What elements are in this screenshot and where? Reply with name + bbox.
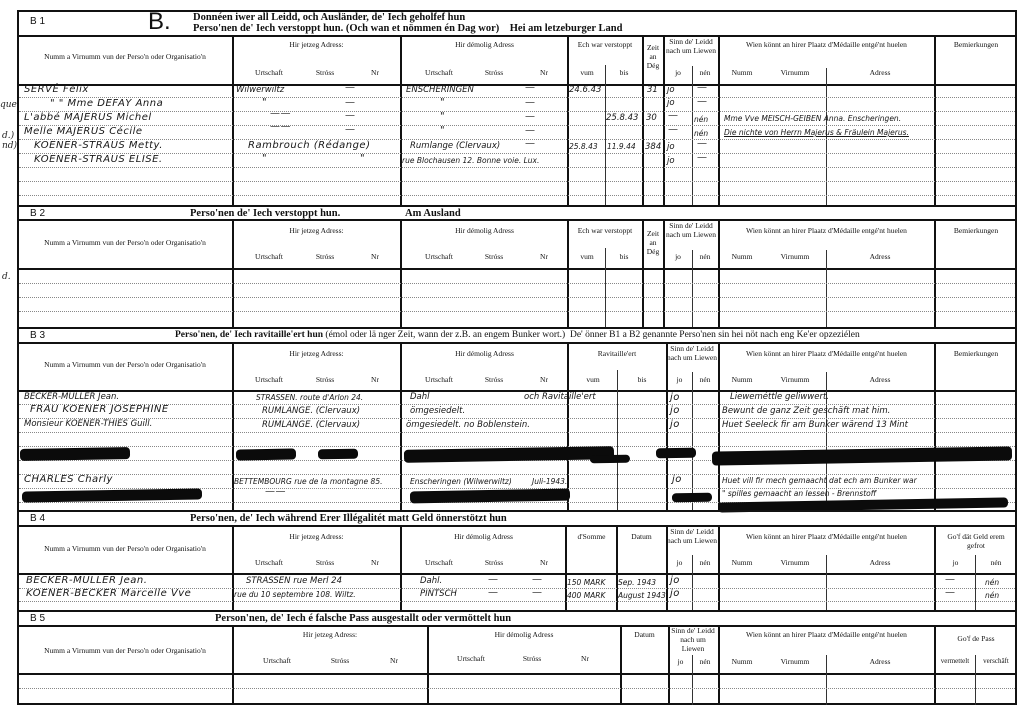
entry-days: 384 xyxy=(645,142,661,152)
section-id-b5: B 5 xyxy=(30,613,45,624)
redaction-mark xyxy=(20,447,130,461)
header-pass-mediated: vermettelt xyxy=(935,657,975,666)
header-no: nén xyxy=(693,657,717,666)
header-money-asked: Go'f dät Geld erem gefrot xyxy=(940,532,1012,550)
header-number: Nr xyxy=(355,252,395,261)
entry-former-number: — xyxy=(532,587,543,598)
entry-current-locality: —— xyxy=(270,121,291,132)
entry-sum: 150 MARK xyxy=(567,578,605,587)
divider xyxy=(17,35,1017,37)
divider xyxy=(17,84,1017,86)
header-street: Stróss xyxy=(305,68,345,77)
header-current-address: Hir jetzeg Adress: xyxy=(234,532,399,541)
entry-name: KOENER-STRAUS Metty. xyxy=(34,140,163,151)
header-number: Nr xyxy=(355,375,395,384)
entry-alive-no: — xyxy=(697,152,708,163)
margin-note: d. xyxy=(2,272,11,282)
entry-current-street: — xyxy=(345,97,356,108)
header-locality: Urtschaft xyxy=(414,68,464,77)
entry-medal-note: " spilles gemaacht an Iessen - Brennstof… xyxy=(722,489,876,498)
margin-note: nd) xyxy=(2,141,17,151)
entry-former-locality: " xyxy=(440,97,445,108)
entry-alive-yes: jo xyxy=(670,588,680,599)
header-yes: jo xyxy=(667,558,692,567)
row-line xyxy=(19,125,1015,126)
header-medal: Wien könnt an hirer Plaatz d'Médaille en… xyxy=(720,630,933,639)
entry-former-locality: rue Blochausen 12. Bonne voie. Lux. xyxy=(402,156,539,165)
divider xyxy=(17,573,1017,575)
section-title-b3-text: Perso'nen, de' Iech ravitaille'ert hun xyxy=(175,330,323,340)
header-yes: jo xyxy=(665,252,691,261)
header-from: vum xyxy=(569,375,617,384)
row-line xyxy=(19,283,1015,284)
entry-name: BECKER-MULLER Jean. xyxy=(24,392,119,402)
header-medal-address: Adress xyxy=(828,68,932,77)
redaction-mark xyxy=(656,448,696,459)
entry-current-address: STRASSEN. route d'Arlon 24. xyxy=(256,393,363,402)
divider xyxy=(17,219,1017,221)
section-title-b1-text: Perso'nen de' Iech verstoppt hun. (Och w… xyxy=(193,23,499,34)
entry-alive-no: nén xyxy=(694,129,708,138)
entry-alive-yes: jo xyxy=(670,419,680,430)
row-line xyxy=(19,97,1015,98)
header-medal-firstname: Virnumm xyxy=(770,657,820,666)
row-line xyxy=(19,297,1015,298)
header-no: nén xyxy=(693,375,717,384)
section-title-b4: Perso'nen, de' Iech während Erer Illégal… xyxy=(190,513,507,524)
col-divider xyxy=(692,372,693,510)
entry-former-locality: ENSCHERINGEN xyxy=(406,85,474,95)
header-name: Numm a Virnumm vun der Perso'n oder Orga… xyxy=(20,646,230,655)
entry-date: Sep. 1943 xyxy=(618,578,656,587)
divider xyxy=(17,510,1017,512)
row-line xyxy=(19,601,1015,602)
header-locality: Urtschaft xyxy=(244,375,294,384)
divider xyxy=(17,342,1017,344)
entry-alive-yes: jo xyxy=(670,392,680,403)
header-name: Numm a Virnumm vun der Perso'n oder Orga… xyxy=(20,238,230,247)
entry-former-locality: Rumlange (Clervaux) xyxy=(410,141,500,151)
header-number: Nr xyxy=(524,558,564,567)
margin-note: que xyxy=(0,100,17,110)
header-former-address: Hir démolig Adress xyxy=(402,40,567,49)
col-divider xyxy=(567,35,569,205)
entry-name: CHARLES Charly xyxy=(24,474,113,485)
section-region-b2: Am Ausland xyxy=(405,208,461,219)
header-pass-issued: verschâft xyxy=(976,657,1016,666)
header-from: vum xyxy=(569,252,605,261)
entry-alive-yes: jo xyxy=(667,85,675,95)
header-former-address: Hir démolig Adress xyxy=(402,532,565,541)
header-street: Stróss xyxy=(305,558,345,567)
header-medal-firstname: Virnumm xyxy=(770,558,820,567)
entry-name: Monsieur KOENER-THIES Guill. xyxy=(24,419,152,429)
entry-name: SERVÉ Felix xyxy=(24,84,89,95)
entry-former-street: — xyxy=(525,125,536,136)
header-name: Numm a Virnumm vun der Perso'n oder Orga… xyxy=(20,544,230,553)
col-divider xyxy=(605,65,606,205)
entry-medal-note: Huet vill fir mech gemaacht dat ech am B… xyxy=(722,476,917,485)
header-medal-firstname: Virnumm xyxy=(770,68,820,77)
header-yes: jo xyxy=(669,657,692,666)
entry-former-locality: PINTSCH xyxy=(420,589,457,599)
section-id-b3: B 3 xyxy=(30,330,45,341)
entry-former-address: Enscheringen (Wilwerwiltz) xyxy=(410,477,512,486)
header-street: Stróss xyxy=(320,656,360,665)
entry-date: August 1943 xyxy=(618,591,666,600)
header-medal-name: Numm xyxy=(722,375,762,384)
entry-former-number: — xyxy=(532,574,543,585)
entry-alive-no: — xyxy=(697,82,708,93)
row-line xyxy=(19,432,1015,433)
col-divider xyxy=(692,250,693,327)
entry-medal-recipient: Mme Vve MEISCH-GEIBEN Anna. Enscheringen… xyxy=(724,114,901,123)
entry-medal-note: Bewunt de ganz Zeit geschäft mat him. xyxy=(722,406,890,416)
section-id-b4: B 4 xyxy=(30,513,45,524)
entry-asked-no: nén xyxy=(985,591,999,600)
header-date: Datum xyxy=(617,532,666,541)
header-medal-firstname: Virnumm xyxy=(770,375,820,384)
margin-note: d.) xyxy=(2,131,14,141)
header-no: nén xyxy=(693,68,717,77)
row-line xyxy=(19,195,1015,196)
row-line xyxy=(19,111,1015,112)
entry-to: 11.9.44 xyxy=(607,142,636,151)
divider xyxy=(17,673,1017,675)
entry-alive-yes: jo xyxy=(667,98,675,108)
entry-former-address: ömgesiedelt. no Boblenstein. xyxy=(406,420,530,430)
header-pass: Go'f de Pass xyxy=(936,634,1016,643)
entry-alive-yes: — xyxy=(668,110,679,121)
header-name: Numm a Virnumm vun der Perso'n oder Orga… xyxy=(20,52,230,61)
entry-alive-yes: jo xyxy=(670,575,680,586)
section-title-b5: Person'nen, de' Iech é falsche Pass ausg… xyxy=(215,613,511,624)
header-medal-name: Numm xyxy=(722,657,762,666)
header-number: Nr xyxy=(355,558,395,567)
header-medal-address: Adress xyxy=(828,558,932,567)
header-date: Datum xyxy=(621,630,668,639)
row-line xyxy=(19,167,1015,168)
entry-former-street: — xyxy=(488,574,499,585)
redaction-mark xyxy=(672,493,712,503)
col-divider xyxy=(826,250,827,327)
header-locality: Urtschaft xyxy=(244,558,294,567)
header-yes: jo xyxy=(667,375,692,384)
header-locality: Urtschaft xyxy=(244,252,294,261)
header-alive: Sinn de' Leidd nach um Liewen xyxy=(665,37,717,55)
entry-current-address: STRASSEN rue Merl 24 xyxy=(246,576,342,586)
entry-former-street: — xyxy=(525,138,536,149)
col-divider xyxy=(663,35,665,205)
header-street: Stróss xyxy=(305,375,345,384)
row-line xyxy=(19,688,1015,689)
entry-current-locality: " xyxy=(262,97,267,108)
header-former-address: Hir démolig Adress xyxy=(402,226,567,235)
header-current-address: Hir jetzeg Adress: xyxy=(234,226,399,235)
header-current-address: Hir jetzeg Adress: xyxy=(234,40,399,49)
header-no: nén xyxy=(693,252,717,261)
entry-name: " " Mme DEFAY Anna xyxy=(50,98,163,109)
header-number: Nr xyxy=(524,375,564,384)
redaction-mark xyxy=(236,448,296,460)
header-locality: Urtschaft xyxy=(252,656,302,665)
row-line xyxy=(19,311,1015,312)
entry-medal-note: Huet Seeleck fir am Bunker wärend 13 Min… xyxy=(722,420,908,430)
header-to: bis xyxy=(606,68,642,77)
entry-to: 25.8.43 xyxy=(606,113,638,123)
row-line xyxy=(19,139,1015,140)
divider xyxy=(17,268,1017,270)
header-number: Nr xyxy=(355,68,395,77)
header-name: Numm a Virnumm vun der Perso'n oder Orga… xyxy=(20,360,230,369)
entry-asked-yes: — xyxy=(945,587,956,598)
header-alive: Sinn de' Leidd nach um Liewen xyxy=(667,527,717,545)
entry-days: 30 xyxy=(646,113,657,123)
header-number: Nr xyxy=(524,252,564,261)
header-alive: Sinn de' Leidd nach um Liewen xyxy=(669,626,717,653)
header-supplied: Ravitaille'ert xyxy=(569,349,665,358)
divider xyxy=(17,327,1017,329)
header-street: Stróss xyxy=(474,558,514,567)
entry-supplied: och Ravitaille'ert xyxy=(524,392,596,402)
row-line xyxy=(19,181,1015,182)
col-divider xyxy=(718,35,720,205)
col-divider xyxy=(617,370,618,510)
header-medal: Wien könnt an hirer Plaatz d'Médaille en… xyxy=(720,40,933,49)
header-to: bis xyxy=(606,252,642,261)
entry-days: 31 xyxy=(647,85,658,95)
entry-current-street: — xyxy=(345,82,356,93)
header-medal-name: Numm xyxy=(722,68,762,77)
section-extra-b3: De' önner B1 a B2 genannte Perso'nen sin… xyxy=(570,330,860,340)
entry-current-address: RUMLANGE. (Clervaux) xyxy=(262,420,360,430)
entry-current-address: —— xyxy=(265,486,286,497)
entry-asked-no: nén xyxy=(985,578,999,587)
entry-from: 25.8.43 xyxy=(569,142,598,151)
entry-current-street: — xyxy=(345,110,356,121)
row-line xyxy=(19,474,1015,475)
entry-current-locality: —— xyxy=(270,108,291,119)
col-divider xyxy=(666,342,668,510)
entry-former-street: — xyxy=(525,97,536,108)
header-street: Stróss xyxy=(474,252,514,261)
form-letter: B. xyxy=(148,8,171,36)
col-divider xyxy=(718,342,720,510)
section-title-b3: Perso'nen, de' Iech ravitaille'ert hun (… xyxy=(175,330,860,340)
entry-current-locality: Wilwerwiltz xyxy=(236,85,284,95)
row-line xyxy=(19,153,1015,154)
section-title-b1-line2: Perso'nen de' Iech verstoppt hun. (Och w… xyxy=(193,23,622,34)
entry-supplied: Juli-1943. xyxy=(532,477,567,486)
entry-former-locality: " xyxy=(440,125,445,136)
entry-current-locality: " xyxy=(262,153,267,164)
header-number: Nr xyxy=(524,68,564,77)
entry-sum: 400 MARK xyxy=(567,591,605,600)
divider xyxy=(17,390,1017,392)
header-locality: Urtschaft xyxy=(414,375,464,384)
col-divider xyxy=(934,35,936,205)
divider xyxy=(17,625,1017,627)
entry-alive-yes: jo xyxy=(667,156,675,166)
entry-name: FRAU KOENER JOSEPHINE xyxy=(30,404,169,415)
header-from: vum xyxy=(569,68,605,77)
section-title-b1-line1: Donnéen iwer all Leidd, och Ausländer, d… xyxy=(193,12,465,23)
header-no: nén xyxy=(693,558,717,567)
entry-alive-yes: — xyxy=(668,124,679,135)
header-medal: Wien könnt an hirer Plaatz d'Médaille en… xyxy=(720,226,933,235)
col-divider xyxy=(826,655,827,705)
header-sum: d'Somme xyxy=(567,532,616,541)
section-id-b2: B 2 xyxy=(30,208,45,219)
entry-former-street: — xyxy=(525,82,536,93)
entry-name: BECKER-MULLER Jean. xyxy=(26,575,147,586)
header-no: nén xyxy=(976,558,1016,567)
header-medal-address: Adress xyxy=(828,657,932,666)
header-medal-firstname: Virnumm xyxy=(770,252,820,261)
row-line xyxy=(19,418,1015,419)
entry-current-address: BETTEMBOURG rue de la montagne 85. xyxy=(234,477,382,486)
entry-name: Melle MAJERUS Cécile xyxy=(24,126,143,137)
col-divider xyxy=(934,342,936,510)
header-time-days: Zeit an Dég xyxy=(643,229,663,256)
header-medal: Wien könnt an hirer Plaatz d'Médaille en… xyxy=(720,532,933,541)
section-region-b1: Hei am letzeburger Land xyxy=(510,23,623,34)
entry-current-address: rue du 10 septembre 108. Wiltz. xyxy=(234,590,356,599)
header-medal-address: Adress xyxy=(828,375,932,384)
header-yes: jo xyxy=(665,68,691,77)
entry-asked-yes: — xyxy=(945,574,956,585)
entry-current-street: " xyxy=(360,153,365,164)
header-current-address: Hir jetzeg Adress: xyxy=(234,630,426,639)
entry-current-address: RUMLANGE. (Clervaux) xyxy=(262,406,360,416)
section-note-b3: (émol oder lä nger Zeit, wann der z.B. a… xyxy=(325,330,565,340)
entry-former-street: — xyxy=(525,111,536,122)
col-divider xyxy=(934,525,936,610)
entry-former-locality: " xyxy=(440,111,445,122)
header-locality: Urtschaft xyxy=(414,558,464,567)
header-street: Stróss xyxy=(474,375,514,384)
entry-from: 24.6.43 xyxy=(569,85,601,95)
header-former-address: Hir démolig Adress xyxy=(402,349,567,358)
entry-name: KOENER-BECKER Marcelle Vve xyxy=(26,588,191,599)
entry-name: L'abbé MAJERUS Michel xyxy=(24,112,152,123)
entry-medal-note: Lieweméttle geliwwert. xyxy=(730,392,829,402)
col-divider xyxy=(692,66,693,205)
header-to: bis xyxy=(618,375,666,384)
divider xyxy=(17,205,1017,207)
header-hidden: Ech war verstoppt xyxy=(569,40,641,49)
header-medal-name: Numm xyxy=(722,252,762,261)
entry-former-address: ömgesiedelt. xyxy=(410,406,465,416)
entry-current-street: — xyxy=(345,124,356,135)
divider xyxy=(17,610,1017,612)
col-divider xyxy=(400,342,402,510)
header-street: Stróss xyxy=(512,654,552,663)
entry-alive-yes: jo xyxy=(667,142,675,152)
header-locality: Urtschaft xyxy=(446,654,496,663)
header-medal-address: Adress xyxy=(828,252,932,261)
entry-alive-no: — xyxy=(697,138,708,149)
header-former-address: Hir démolig Adress xyxy=(429,630,619,639)
divider xyxy=(17,525,1017,527)
col-divider xyxy=(232,35,234,205)
entry-medal-recipient: Die nichte von Herrn Majerus & Fräulein … xyxy=(724,128,909,137)
header-medal-name: Numm xyxy=(722,558,762,567)
entry-alive-yes: jo xyxy=(672,474,682,485)
header-hidden: Ech war verstoppt xyxy=(569,226,641,235)
section-id-b1: B 1 xyxy=(30,16,45,27)
header-street: Stróss xyxy=(305,252,345,261)
col-divider xyxy=(400,35,402,205)
header-number: Nr xyxy=(374,656,414,665)
header-remarks: Bemierkungen xyxy=(936,40,1016,49)
entry-former-locality: Dahl. xyxy=(420,576,442,586)
header-time-days: Zeit an Dég xyxy=(643,43,663,70)
entry-alive-no: nén xyxy=(694,115,708,124)
header-street: Stróss xyxy=(474,68,514,77)
entry-alive-yes: jo xyxy=(670,405,680,416)
entry-former-street: — xyxy=(488,587,499,598)
entry-alive-no: — xyxy=(697,96,708,107)
entry-former-address: Dahl xyxy=(410,392,430,402)
header-remarks: Bemierkungen xyxy=(936,226,1016,235)
header-number: Nr xyxy=(565,654,605,663)
section-title-b2: Perso'nen de' Iech verstoppt hun. xyxy=(190,208,340,219)
entry-name: KOENER-STRAUS ELISE. xyxy=(34,154,163,165)
header-current-address: Hir jetzeg Adress: xyxy=(234,349,399,358)
header-alive: Sinn de' Leidd nach um Liewen xyxy=(665,221,717,239)
header-medal: Wien könnt an hirer Plaatz d'Médaille en… xyxy=(720,349,933,358)
redaction-mark xyxy=(590,455,630,464)
header-yes: jo xyxy=(936,558,975,567)
redaction-mark xyxy=(318,449,358,460)
entry-current-locality: Rambrouch (Rédange) xyxy=(248,140,370,151)
header-alive: Sinn de' Leidd nach um Liewen xyxy=(667,344,717,362)
header-remarks: Bemierkungen xyxy=(936,349,1016,358)
header-locality: Urtschaft xyxy=(414,252,464,261)
header-locality: Urtschaft xyxy=(244,68,294,77)
